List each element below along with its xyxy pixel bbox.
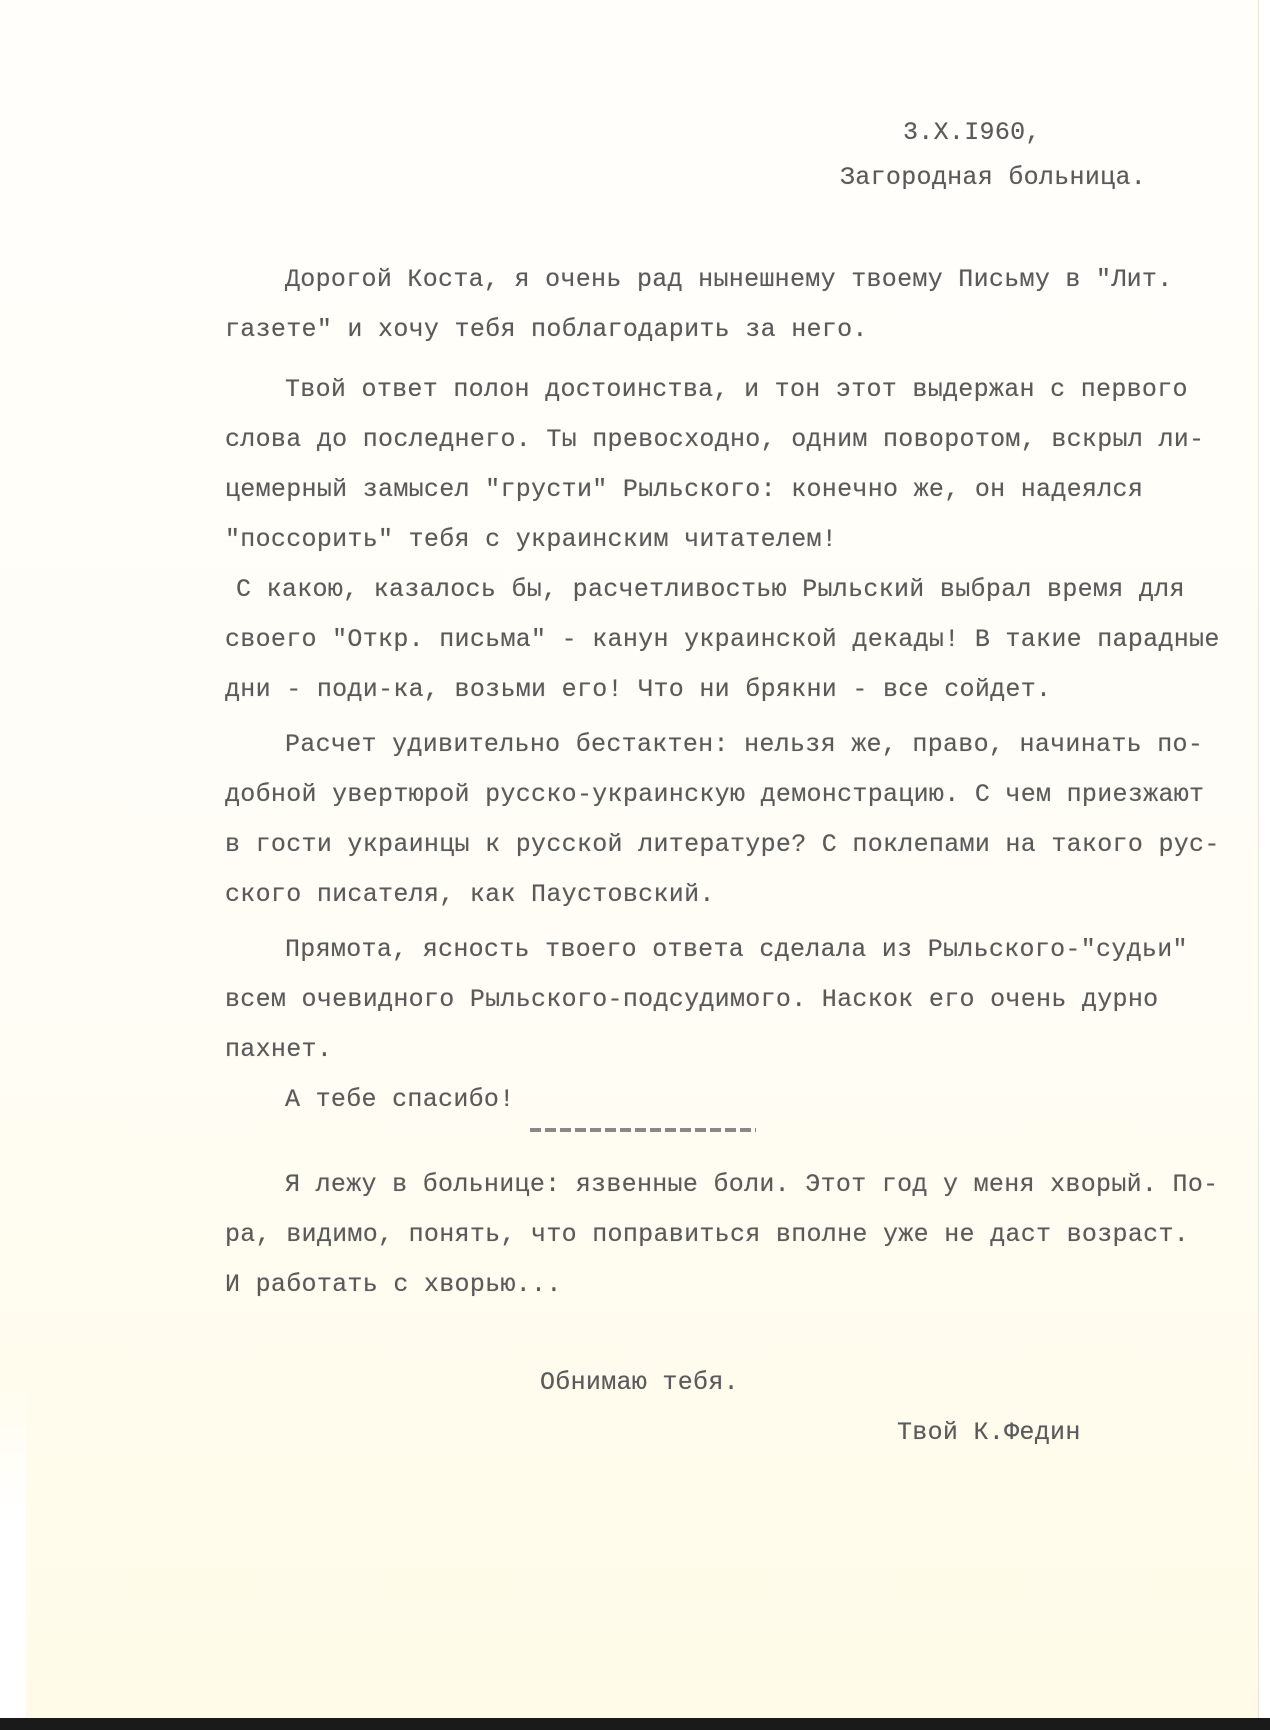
body-line: дни - поди-ка, возьми его! Что ни брякни…: [225, 675, 1051, 705]
body-line: ра, видимо, понять, что поправиться впол…: [225, 1220, 1189, 1250]
body-line: пахнет.: [225, 1035, 332, 1065]
body-line: А тебе спасибо!: [285, 1085, 515, 1115]
page-edge-left: [0, 1380, 26, 1718]
body-line: С какою, казалось бы, расчетливостью Рыл…: [236, 575, 1185, 605]
letter-signature: Твой К.Федин: [897, 1418, 1081, 1448]
body-line: Расчет удивительно бестактен: нельзя же,…: [285, 730, 1203, 760]
body-line: Дорогой Коста, я очень рад нынешнему тво…: [285, 265, 1173, 295]
body-line: И работать с хворью...: [225, 1270, 562, 1300]
page-edge-right: [1258, 0, 1270, 1718]
body-line: газете" и хочу тебя поблагодарить за нег…: [225, 315, 868, 345]
body-line: слова до последнего. Ты превосходно, одн…: [225, 425, 1204, 455]
body-line: Твой ответ полон достоинства, и тон этот…: [285, 375, 1188, 405]
body-line: ского писателя, как Паустовский.: [225, 880, 715, 910]
letter-place: Загородная больница.: [840, 163, 1146, 193]
body-line: в гости украинцы к русской литературе? С…: [225, 830, 1220, 860]
body-line: всем очевидного Рыльского-подсудимого. Н…: [225, 985, 1158, 1015]
section-separator: [530, 1128, 756, 1132]
letter-closing: Обнимаю тебя.: [540, 1368, 739, 1398]
body-line: "поссорить" тебя с украинским читателем!: [225, 525, 837, 555]
body-line: Прямота, ясность твоего ответа сделала и…: [285, 935, 1188, 965]
scanner-border: [0, 1718, 1270, 1730]
body-line: Я лежу в больнице: язвенные боли. Этот г…: [285, 1170, 1218, 1200]
letter-date: 3.X.I960,: [903, 118, 1041, 148]
body-line: добной увертюрой русско-украинскую демон…: [225, 780, 1204, 810]
body-line: своего "Откр. письма" - канун украинской…: [225, 625, 1220, 655]
body-line: цемерный замысел "грусти" Рыльского: кон…: [225, 475, 1143, 505]
